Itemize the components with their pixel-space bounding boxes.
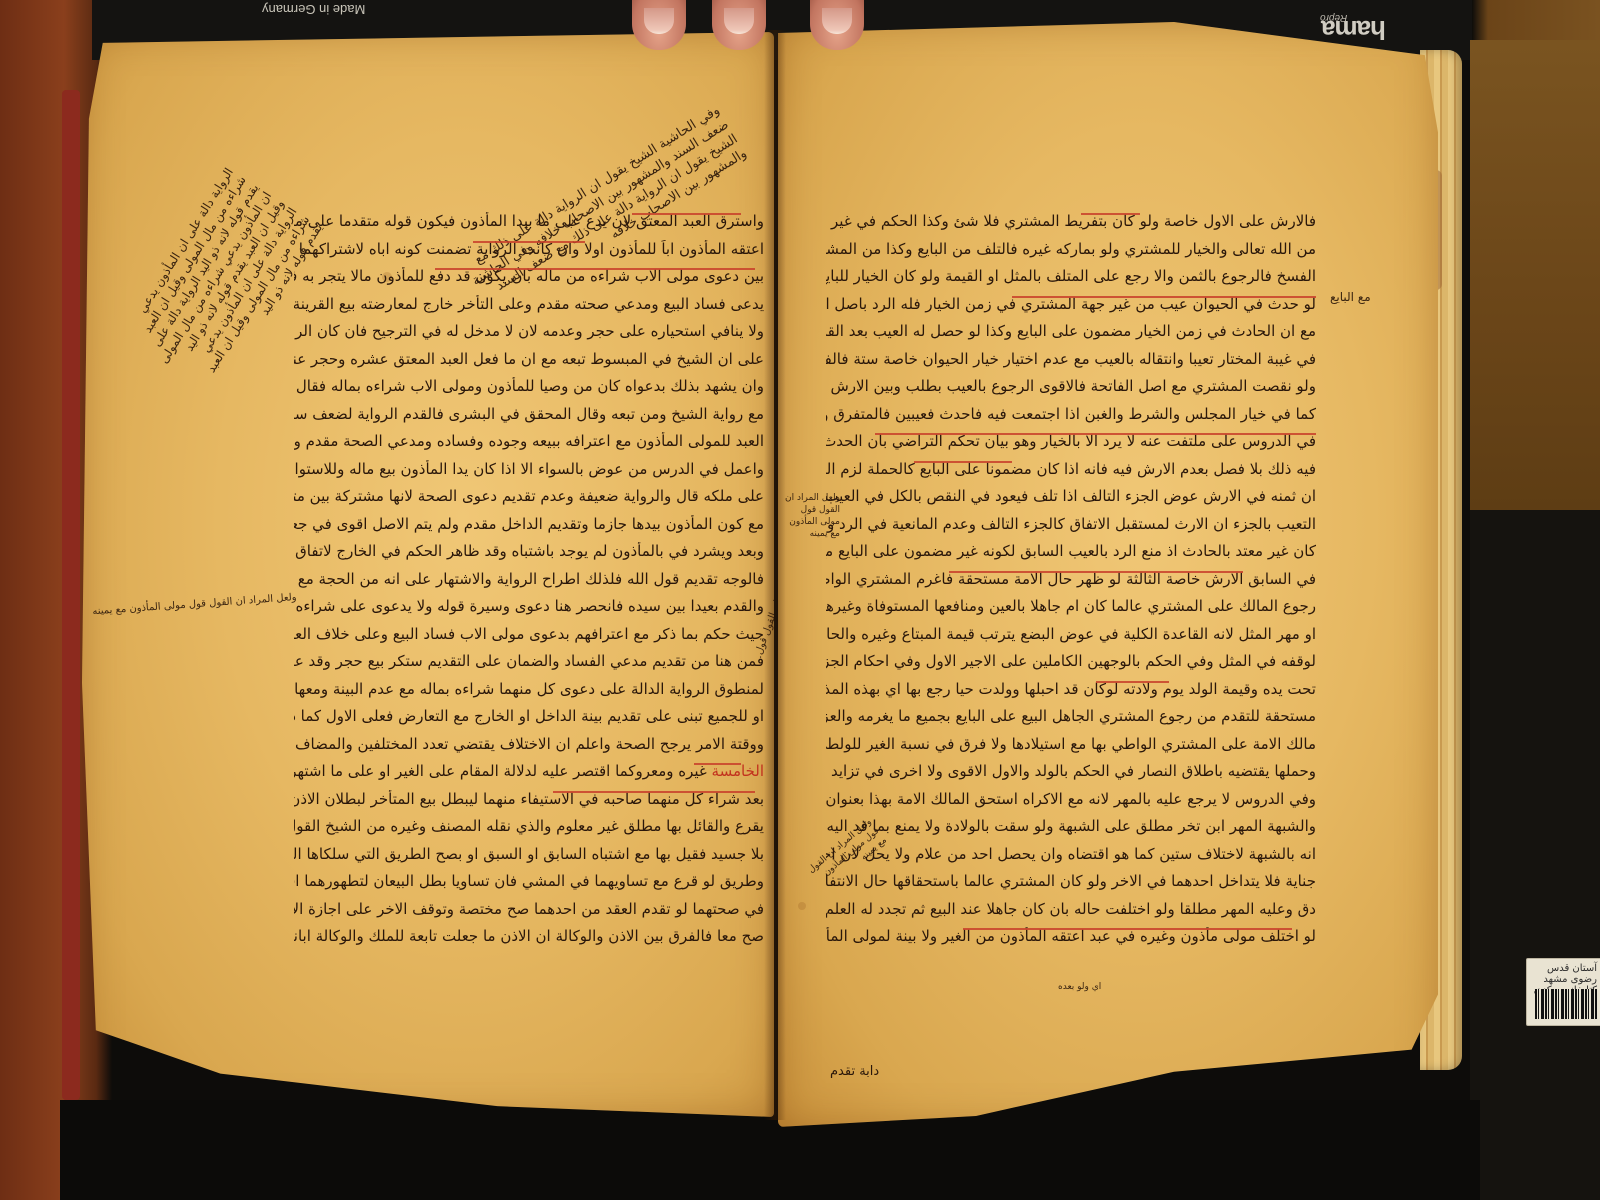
text-line: فالوجه تقديم قول الله فلذلك اطراح الرواي… — [294, 570, 764, 598]
text-line: كما في خيار المجلس والشرط والغبن اذا اجت… — [826, 405, 1316, 433]
text-line: لو اختلف مولى مأذون وغيره في عبد اعتقه ا… — [826, 927, 1316, 955]
text-line: او للجميع تبنى على تقديم بينة الداخل او … — [294, 707, 764, 735]
left-page-text: واسترق العبد المعتق لان يدع على ما بيدا … — [294, 212, 764, 955]
text-line: من الله تعالى والخيار للمشتري ولو بماركه… — [826, 240, 1316, 268]
text-line: العبد للمولى المأذون مع اعترافه ببيعه وج… — [294, 432, 764, 460]
text-line: ووقتة الامر يرجح الصحة واعلم ان الاختلاف… — [294, 735, 764, 763]
text-line: فيه ذلك بلا فصل بعدم الارش فيه فانه اذا … — [826, 460, 1316, 488]
text-line: لو حدث في الحيوان عيب من غير جهة المشتري… — [826, 295, 1316, 323]
text-line: لوقفه في المثل وفي الحكم بالوجهين الكامل… — [826, 652, 1316, 680]
finger-3 — [810, 0, 864, 50]
text-line: والقدم بعيدا بين سيده فانحصر هنا دعوى وس… — [294, 597, 764, 625]
text-line: مع كون المأذون بيدها جازما وتقديم الداخل… — [294, 515, 764, 543]
text-line: رجوع المالك على المشتري عالما كان ام جاه… — [826, 597, 1316, 625]
red-binding-edge — [62, 90, 80, 1100]
text-line: كان غير معتد بالحادث اذ منع الرد بالعيب … — [826, 542, 1316, 570]
text-line-rubric: الخامسة غيره ومعروكما اقتصر عليه لدلالة … — [294, 762, 764, 790]
text-line: يدعى فساد البيع ومدعي صحته مقدم وعلى الت… — [294, 295, 764, 323]
text-line: مستحقة للتقدم من رجوع المشتري الجاهل الب… — [826, 707, 1316, 735]
text-line-rubric: دق وعليه المهر مطلقا ولو اختلفت حاله بان… — [826, 900, 1316, 928]
text-line: وفي الدروس لا يرجع عليه بالمهر لانه مع ا… — [826, 790, 1316, 818]
library-label: آستان قدس رضوی مشهد کتابخانه مرکزی — [1526, 958, 1600, 1026]
text-line: واسترق العبد المعتق لان يدع على ما بيدا … — [294, 212, 764, 240]
text-line: مع ان الحادث في زمن الخيار مضمون على الب… — [826, 322, 1316, 350]
right-page-text: فالارش على الاول خاصة ولو كان بتفريط الم… — [826, 212, 1316, 955]
made-in-germany-label: Made in Germany — [262, 2, 365, 17]
text-line: بلا جسيد فقيل بها مع اشتباه السابق او ال… — [294, 845, 764, 873]
margin-note: مع البايع — [1330, 290, 1371, 304]
text-line: على ملكه قال والرواية ضعيفة وعدم تقديم د… — [294, 487, 764, 515]
text-line: في غيبة المختار تعيبا وانتقاله بالعيب مع… — [826, 350, 1316, 378]
text-line: ولو نقصت المشتري مع اصل الفاتحة فالاقوى … — [826, 377, 1316, 405]
text-line: حيث حكم بما ذكر مع اعترافهم بدعوى مولى ا… — [294, 625, 764, 653]
repro-label: Repro — [1320, 12, 1347, 23]
right-page: مع البايع ولعل المراد ان القول قول مولى … — [778, 22, 1438, 1127]
wood-background — [1470, 40, 1600, 510]
text-line: مالك الامة على المشتري الواطي بها مع است… — [826, 735, 1316, 763]
text-line: لمنطوق الرواية الدالة على دعوى كل منهما … — [294, 680, 764, 708]
text-line: بين دعوى مولى الاب شراءه من ماله بان يكو… — [294, 267, 764, 295]
text-line: ان ثمنه في الارش عوض الجزء التالف اذا تل… — [826, 487, 1316, 515]
text-line: جناية فلا يتداخل احدهما في الاخر ولو كان… — [826, 872, 1316, 900]
text-line: فمن هنا من تقديم مدعي الفساد والضمان على… — [294, 652, 764, 680]
text-line: فالارش على الاول خاصة ولو كان بتفريط الم… — [826, 212, 1316, 240]
text-line: يقرع والقائل بها مطلق غير معلوم والذي نق… — [294, 817, 764, 845]
text-line: في الدروس على ملتفت عنه لا يرد الا بالخي… — [826, 432, 1316, 460]
gloss-lower-margin: ولعل المراد ان القول قول مولى المأذون مع… — [92, 592, 297, 617]
text-line: ولا ينافي استحياره على حجر وعدمه لان لا … — [294, 322, 764, 350]
text-line: على ان الشيخ في المبسوط تبعه مع ان ما فع… — [294, 350, 764, 378]
photo-scene: Made in Germany hama Repro وفي الحاشية ا… — [0, 0, 1600, 1200]
dark-background — [1470, 510, 1600, 1200]
text-line: مع رواية الشيخ ومن تبعه وقال المحقق في ا… — [294, 405, 764, 433]
text-line: اعتقه المأذون اباً للمأذون اولا وان كانت… — [294, 240, 764, 268]
text-line: واعمل في الدرس من عوض بالسواء الا اذا كا… — [294, 460, 764, 488]
text-line: وان يشهد بذلك بدعواه كان من وصيا للمأذون… — [294, 377, 764, 405]
text-line: وبعد ويشرد في بالمأذون لم يوجد باشتباه و… — [294, 542, 764, 570]
text-line: او مهر المثل لانه القاعدة الكلية في عوض … — [826, 625, 1316, 653]
finger-1 — [632, 0, 686, 50]
text-line: وحملها يقتضيه باطلاق النصار في الحكم بال… — [826, 762, 1316, 790]
finger-2 — [712, 0, 766, 50]
text-line-rubric: في السابق الارش خاصة الثالثة لو ظهر حال … — [826, 570, 1316, 598]
catchword: دابة تقدم — [830, 1064, 879, 1079]
text-line: التعيب بالجزء ان الارث لمستقبل الاتفاق ك… — [826, 515, 1316, 543]
text-line: تحت يده وقيمة الولد يوم ولادته لوكان قد … — [826, 680, 1316, 708]
barcode-icon — [1535, 989, 1597, 1019]
left-page: وفي الحاشية الشيخ يقول ان الرواية دالة ع… — [82, 32, 774, 1117]
text-line: بعد شراء كل منهما صاحبه في الاستيفاء منه… — [294, 790, 764, 818]
text-line: انه بالشبهة لاختلاف ستين كما هو اقتضاه و… — [826, 845, 1316, 873]
text-line: وطريق لو قرع مع تساويهما في المشي فان تس… — [294, 872, 764, 900]
text-line-rubric: الفسخ فالرجوع بالثمن والا رجع على المتلف… — [826, 267, 1316, 295]
ink-spot — [798, 902, 806, 910]
gloss-interlinear: اي ولو بعده — [1058, 982, 1101, 992]
text-line: والشبهة المهر ابن تخر مطلق على الشبهة ول… — [826, 817, 1316, 845]
spine-gutter — [764, 30, 786, 1120]
text-line: صح معا فالفرق بين الاذن والوكالة ان الاذ… — [294, 927, 764, 955]
text-line: في صحتهما لو تقدم العقد من احدهما صح مخت… — [294, 900, 764, 928]
